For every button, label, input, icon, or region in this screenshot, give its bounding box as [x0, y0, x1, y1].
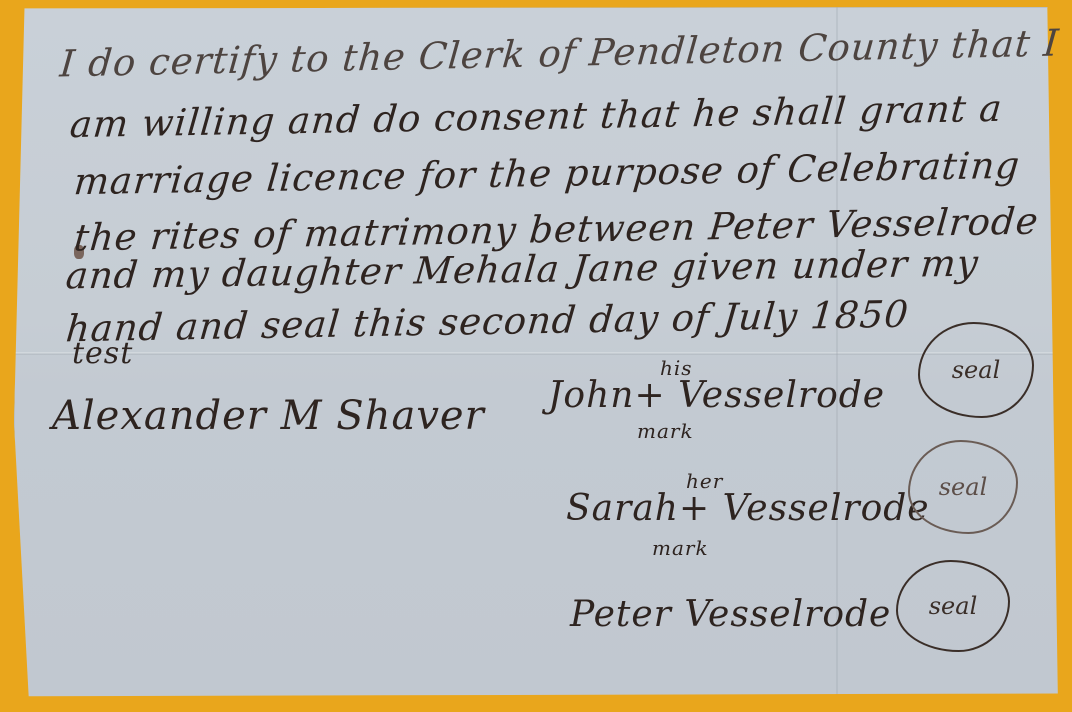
last-name: Vesselrode	[723, 488, 930, 529]
seal-label: seal	[939, 473, 988, 501]
seal-2: seal	[908, 440, 1018, 534]
mark-annotation: mark	[652, 536, 709, 560]
signature-john: John+ Vesselrode	[548, 375, 885, 416]
seal-3: seal	[896, 560, 1010, 652]
witness-signature: Alexander M Shaver	[52, 393, 485, 439]
seal-label: seal	[952, 356, 1001, 384]
cross-mark-icon: +	[679, 488, 710, 529]
last-name: Vesselrode	[684, 594, 891, 635]
signature-peter: Peter Vesselrode	[570, 594, 891, 635]
cross-mark-icon: +	[634, 375, 665, 416]
first-name: John	[548, 375, 634, 416]
last-name: Vesselrode	[678, 375, 885, 416]
mark-annotation: mark	[637, 419, 694, 443]
first-name: Sarah	[566, 488, 679, 529]
first-name: Peter	[570, 594, 672, 635]
seal-label: seal	[929, 592, 978, 620]
witness-label: test	[72, 336, 133, 371]
horizontal-fold-crease	[14, 352, 1062, 355]
signature-sarah: Sarah+ Vesselrode	[566, 488, 930, 529]
seal-1: seal	[918, 322, 1034, 418]
